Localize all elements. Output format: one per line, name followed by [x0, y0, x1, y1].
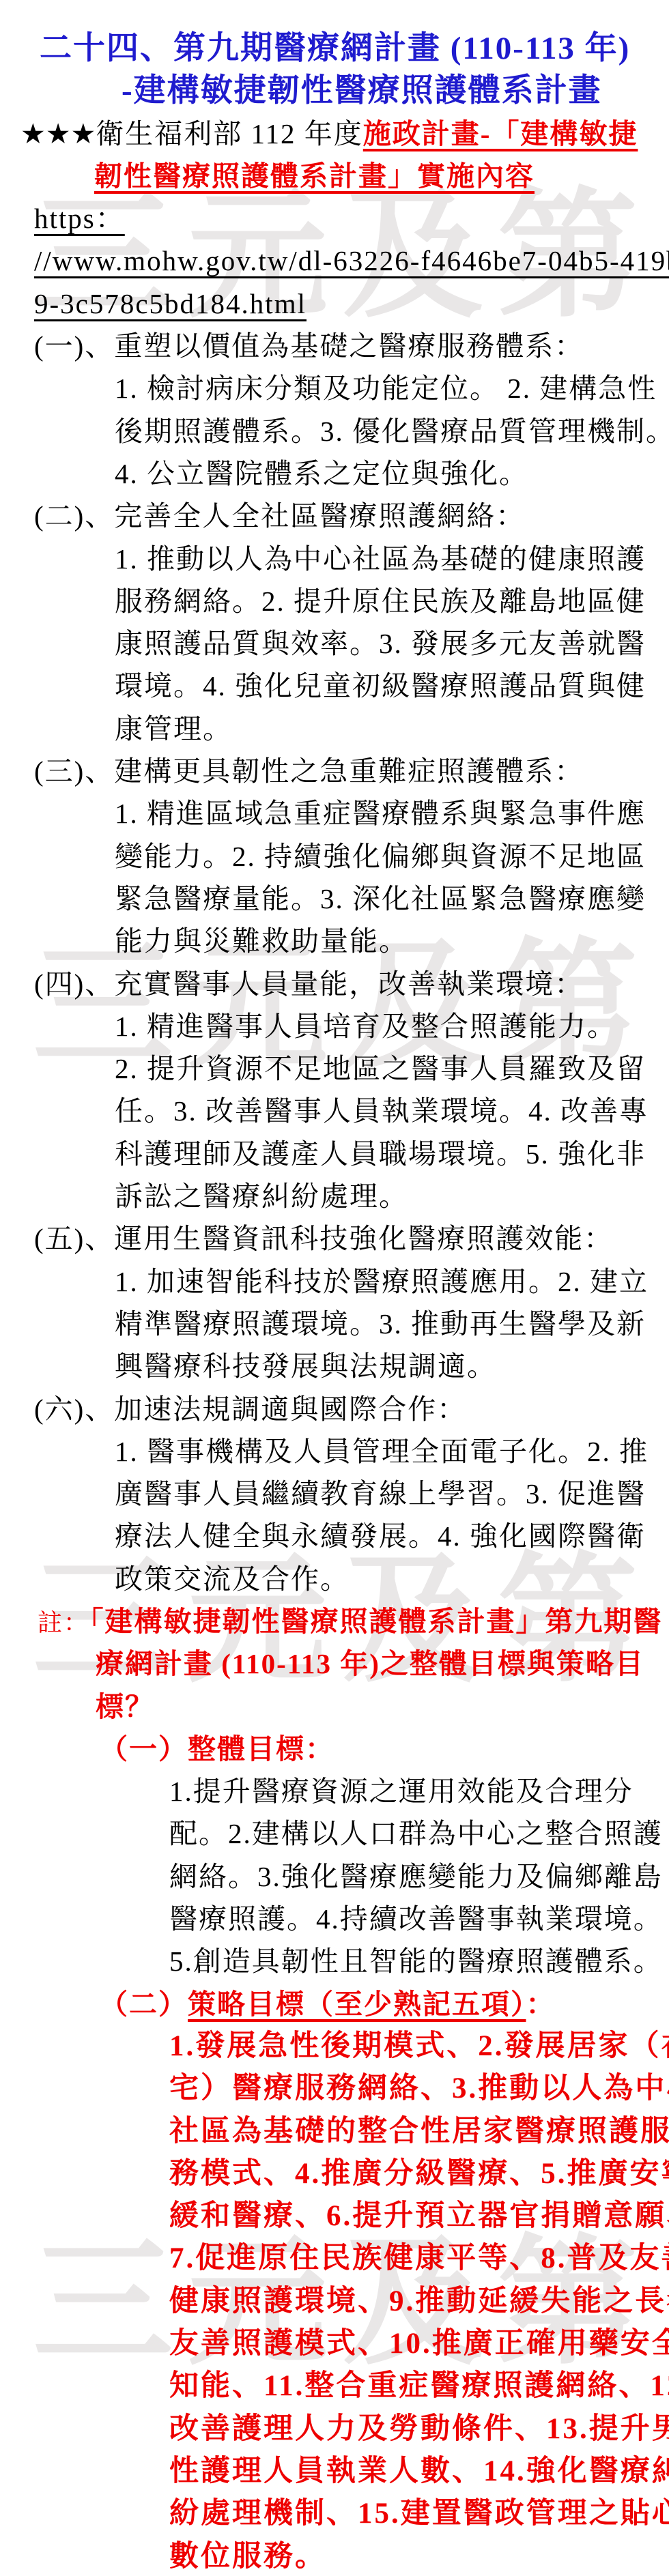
section-heading: (一)、重塑以價值為基礎之醫療服務體系： — [0, 325, 669, 367]
section-body-line: 服務網絡。2. 提升原住民族及離島地區健 — [0, 580, 669, 622]
strategy-goal-line: 健康照護環境、9.推動延緩失能之長者 — [0, 2281, 669, 2323]
section-body-line: 緊急醫療量能。3. 深化社區緊急醫療應變 — [0, 878, 669, 920]
section-body-line: 1. 精進區域急重症醫療體系與緊急事件應 — [0, 792, 669, 835]
section-body-line: 1. 推動以人為中心社區為基礎的健康照護 — [0, 538, 669, 580]
section-body-line: 任。3. 改善醫事人員執業環境。4. 改善專 — [0, 1090, 669, 1132]
overall-goal-line: 1.提升醫療資源之運用效能及合理分 — [0, 1770, 669, 1812]
overall-goal-line: 網絡。3.強化醫療應變能力及偏鄉離島 — [0, 1855, 669, 1898]
strategy-goal-line: 社區為基礎的整合性居家醫療照護服 — [0, 2111, 669, 2153]
strategy-goal-line: 宅）醫療服務網絡、3.推動以人為中心 — [0, 2068, 669, 2110]
section-body-line: 4. 公立醫院體系之定位與強化。 — [0, 452, 669, 495]
url-line[interactable]: //www.mohw.gov.tw/dl-63226-f4646be7-04b5… — [0, 240, 669, 282]
strategy-goal-line: 務模式、4.推廣分級醫療、5.推廣安寧 — [0, 2153, 669, 2195]
strategy-goal-line: 友善照護模式、10.推廣正確用藥安全 — [0, 2323, 669, 2365]
ministry-label: 衛生福利部 112 年度 — [96, 118, 362, 149]
strategy-goal-line: 緩和醫療、6.提升預立器官捐贈意願、 — [0, 2195, 669, 2238]
section-body-line: 精準醫療照護環境。3. 推動再生醫學及新 — [0, 1303, 669, 1345]
section-heading: (三)、建構更具韌性之急重難症照護體系： — [0, 750, 669, 792]
strategy-goal-line: 改善護理人力及勞動條件、13.提升男 — [0, 2408, 669, 2450]
policy-plan-highlight: 施政計畫-「建構敏捷 — [363, 118, 638, 149]
url-line[interactable]: https： — [0, 197, 669, 240]
note-line-3: 標？ — [0, 1685, 669, 1728]
overall-goals-heading: （一）整體目標： — [0, 1728, 669, 1770]
note-line-2: 療網計畫 (110-113 年)之整體目標與策略目 — [0, 1642, 669, 1685]
strategy-goal-line: 性護理人員執業人數、14.強化醫療糾 — [0, 2450, 669, 2493]
overall-goal-line: 5.創造具韌性且智能的醫療照護體系。 — [0, 1940, 669, 1982]
url-line[interactable]: 9-3c578c5bd184.html — [0, 283, 669, 325]
section-body-line: 科護理師及護產人員職場環境。5. 強化非 — [0, 1133, 669, 1175]
section-body-line: 1. 檢討病床分類及功能定位。 2. 建構急性 — [0, 367, 669, 409]
strategy-heading-underlined: 策略目標（至少熟記五項） — [188, 1988, 526, 2020]
overall-goal-line: 配。2.建構以人口群為中心之整合照護 — [0, 1812, 669, 1855]
highlight-heading-line-2: 韌性醫療照護體系計畫」實施內容 — [0, 155, 669, 197]
section-body-line: 能力與災難救助量能。 — [0, 920, 669, 962]
section-body-line: 康管理。 — [0, 708, 669, 750]
section-body-line: 變能力。2. 持續強化偏鄉與資源不足地區 — [0, 835, 669, 878]
highlight-heading-line-1: ★★★衛生福利部 112 年度施政計畫-「建構敏捷 — [0, 113, 669, 155]
strategy-heading-prefix: （二） — [100, 1988, 188, 2020]
section-heading: (五)、運用生醫資訊科技強化醫療照護效能： — [0, 1217, 669, 1260]
note-line-1: 註：「建構敏捷韌性醫療照護體系計畫」第九期醫 — [0, 1600, 669, 1642]
section-body-line: 環境。4. 強化兒童初級醫療照護品質與健 — [0, 665, 669, 707]
section-body-line: 療法人健全與永續發展。4. 強化國際醫衛 — [0, 1515, 669, 1557]
section-body-line: 政策交流及合作。 — [0, 1558, 669, 1600]
strategy-goal-line: 7.促進原住民族健康平等、8.普及友善 — [0, 2238, 669, 2280]
policy-plan-highlight: 韌性醫療照護體系計畫」實施內容 — [94, 160, 535, 192]
document-body: 二十四、第九期醫療網計畫 (110-113 年) -建構敏捷韌性醫療照護體系計畫… — [0, 0, 669, 2576]
section-body-line: 康照護品質與效率。3. 發展多元友善就醫 — [0, 622, 669, 665]
section-body-line: 興醫療科技發展與法規調適。 — [0, 1345, 669, 1387]
hyperlink[interactable]: //www.mohw.gov.tw/dl-63226-f4646be7-04b5… — [34, 245, 669, 276]
section-body-line: 訴訟之醫療糾紛處理。 — [0, 1175, 669, 1217]
section-heading: (六)、加速法規調適與國際合作： — [0, 1388, 669, 1430]
section-heading: (二)、完善全人全社區醫療照護網絡： — [0, 495, 669, 537]
hyperlink[interactable]: https： — [34, 203, 125, 234]
three-stars-icon: ★★★ — [20, 118, 96, 149]
overall-goal-line: 醫療照護。4.持續改善醫事執業環境。 — [0, 1898, 669, 1940]
strategy-goal-line: 數位服務。 — [0, 2536, 669, 2576]
page-subtitle: -建構敏捷韌性醫療照護體系計畫 — [0, 70, 669, 112]
page-title: 二十四、第九期醫療網計畫 (110-113 年) — [0, 27, 669, 70]
section-heading: (四)、充實醫事人員量能，改善執業環境： — [0, 963, 669, 1005]
note-label: 註： — [38, 1609, 89, 1636]
section-body-line: 廣醫事人員繼續教育線上學習。3. 促進醫 — [0, 1473, 669, 1515]
section-body-line: 後期照護體系。3. 優化醫療品質管理機制。 — [0, 410, 669, 452]
strategy-goal-line: 知能、11.整合重症醫療照護網絡、12. — [0, 2365, 669, 2407]
strategy-goals-heading: （二）策略目標（至少熟記五項）： — [0, 1983, 669, 2025]
note-text: 「建構敏捷韌性醫療照護體系計畫」第九期醫 — [89, 1606, 663, 1637]
section-body-line: 2. 提升資源不足地區之醫事人員羅致及留 — [0, 1047, 669, 1090]
strategy-heading-colon: ： — [526, 1988, 556, 2020]
strategy-goal-line: 1.發展急性後期模式、2.發展居家（在 — [0, 2025, 669, 2068]
strategy-goal-line: 紛處理機制、15.建置醫政管理之貼心 — [0, 2493, 669, 2535]
hyperlink[interactable]: 9-3c578c5bd184.html — [34, 288, 307, 319]
section-body-line: 1. 加速智能科技於醫療照護應用。2. 建立 — [0, 1260, 669, 1303]
section-body-line: 1. 醫事機構及人員管理全面電子化。2. 推 — [0, 1430, 669, 1473]
section-body-line: 1. 精進醫事人員培育及整合照護能力。 — [0, 1005, 669, 1047]
